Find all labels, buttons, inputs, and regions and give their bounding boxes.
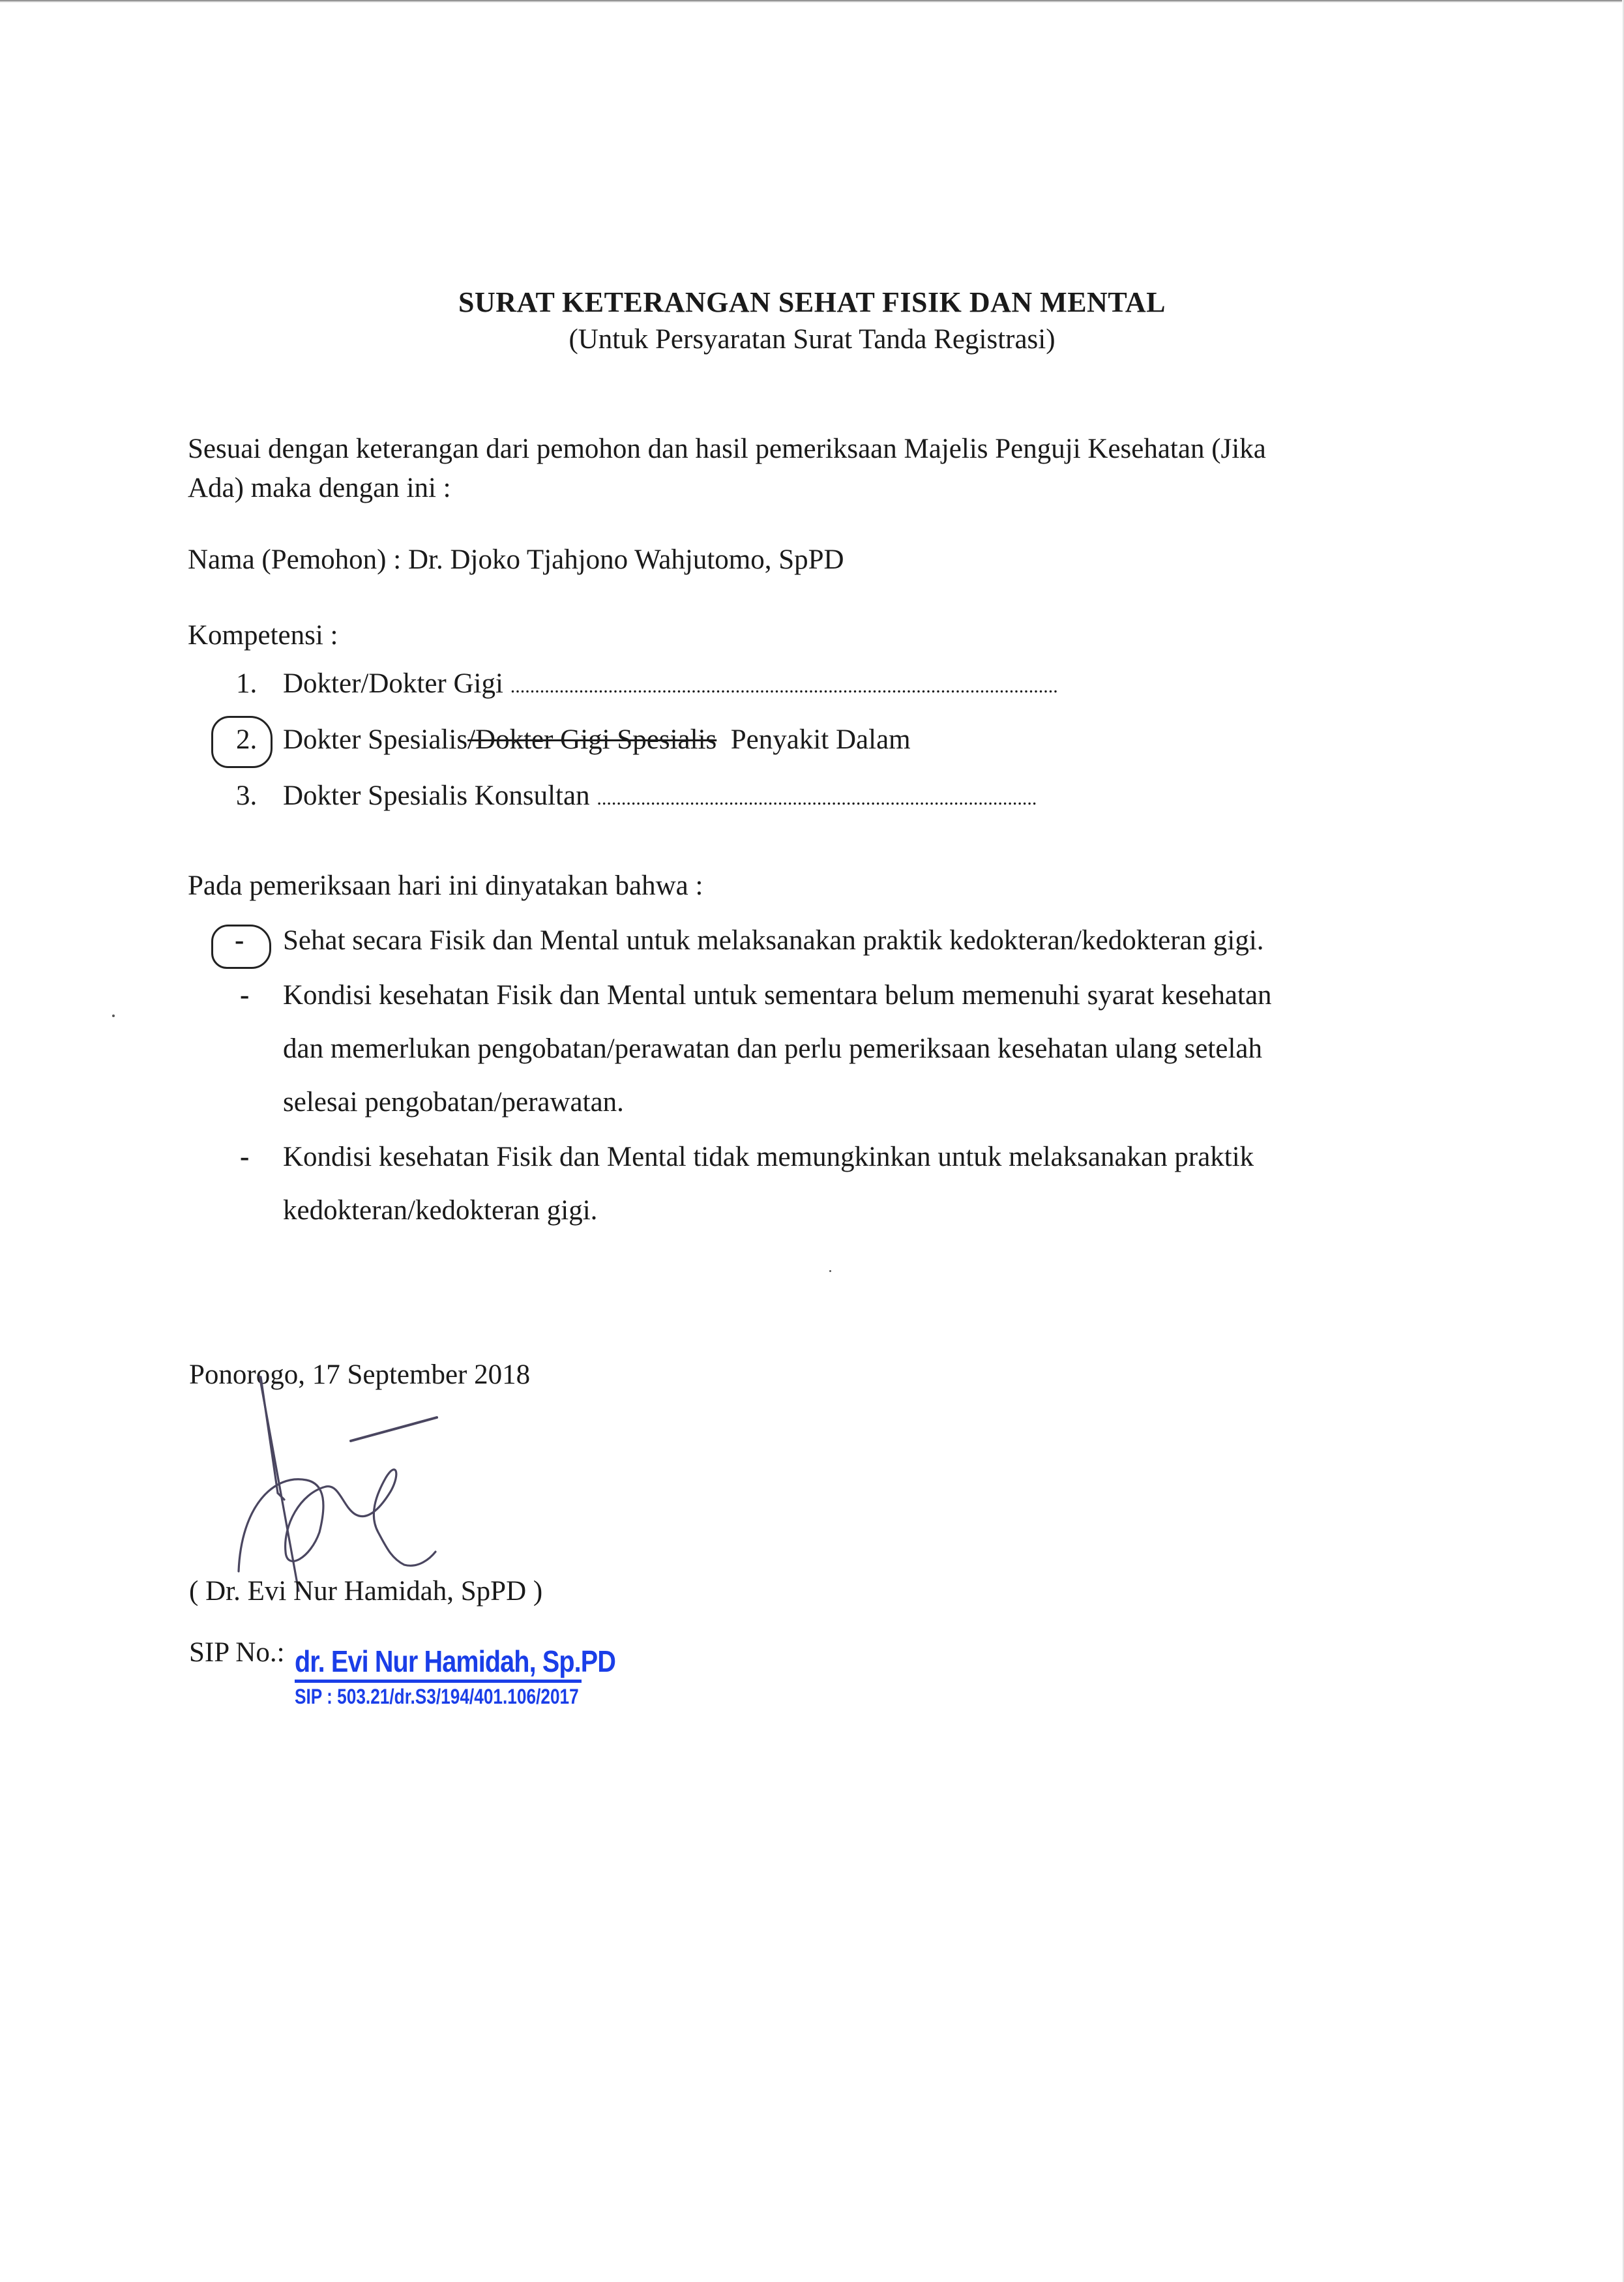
competence-1-number: 1. xyxy=(236,668,257,700)
competence-2-suffix: Penyakit Dalam xyxy=(731,724,911,755)
competence-3-number: 3. xyxy=(236,780,257,812)
competence-1-fill: ........................................… xyxy=(510,675,1058,697)
statement-2-line-1: Kondisi kesehatan Fisik dan Mental untuk… xyxy=(283,979,1272,1011)
competence-3-label: Dokter Spesialis Konsultan xyxy=(283,780,590,811)
intro-line-2: Ada) maka dengan ini : xyxy=(188,472,451,504)
statement-1-marker: - xyxy=(235,925,244,956)
statement-2-line-2: dan memerlukan pengobatan/perawatan dan … xyxy=(283,1033,1262,1065)
competence-2-number: 2. xyxy=(236,724,257,756)
competence-2-struck-text: /Dokter Gigi Spesialis xyxy=(467,724,716,755)
statement-3-marker: - xyxy=(240,1141,249,1173)
stamp-divider xyxy=(295,1680,582,1683)
sip-label: SIP No.: xyxy=(189,1637,285,1668)
applicant-label: Nama (Pemohon) : xyxy=(188,544,401,575)
document-title: SURAT KETERANGAN SEHAT FISIK DAN MENTAL xyxy=(0,286,1624,319)
statement-1-line-1: Sehat secara Fisik dan Mental untuk mela… xyxy=(283,925,1264,956)
competence-label: Kompetensi : xyxy=(188,619,338,651)
applicant-row: Nama (Pemohon) : Dr. Djoko Tjahjono Wahj… xyxy=(188,544,844,576)
competence-3-fill: ........................................… xyxy=(597,788,1037,809)
doctor-stamp: dr. Evi Nur Hamidah, Sp.PD SIP : 503.21/… xyxy=(295,1644,668,1709)
exam-label: Pada pemeriksaan hari ini dinyatakan bah… xyxy=(188,870,703,902)
statement-3-line-2: kedokteran/kedokteran gigi. xyxy=(283,1194,597,1226)
applicant-name: Dr. Djoko Tjahjono Wahjutomo, SpPD xyxy=(408,544,844,575)
document-subtitle: (Untuk Persyaratan Surat Tanda Registras… xyxy=(0,323,1624,355)
intro-line-1: Sesuai dengan keterangan dari pemohon da… xyxy=(188,433,1266,465)
statement-2-line-3: selesai pengobatan/perawatan. xyxy=(283,1086,624,1118)
handwritten-signature xyxy=(215,1376,476,1650)
signatory-name: ( Dr. Evi Nur Hamidah, SpPD ) xyxy=(189,1575,542,1607)
stamp-sip-number: SIP : 503.21/dr.S3/194/401.106/2017 xyxy=(295,1684,600,1709)
scan-top-edge xyxy=(0,0,1624,3)
stamp-doctor-name: dr. Evi Nur Hamidah, Sp.PD xyxy=(295,1644,615,1678)
competence-2: Dokter Spesialis/Dokter Gigi Spesialis P… xyxy=(283,724,911,756)
competence-3: Dokter Spesialis Konsultan .............… xyxy=(283,780,1037,812)
competence-2-label: Dokter Spesialis xyxy=(283,724,467,755)
scan-speck xyxy=(112,1015,115,1017)
statement-3-line-1: Kondisi kesehatan Fisik dan Mental tidak… xyxy=(283,1141,1254,1173)
statement-2-marker: - xyxy=(240,979,249,1011)
competence-1: Dokter/Dokter Gigi .....................… xyxy=(283,668,1058,700)
competence-1-label: Dokter/Dokter Gigi xyxy=(283,668,503,699)
scan-speck xyxy=(829,1270,831,1272)
